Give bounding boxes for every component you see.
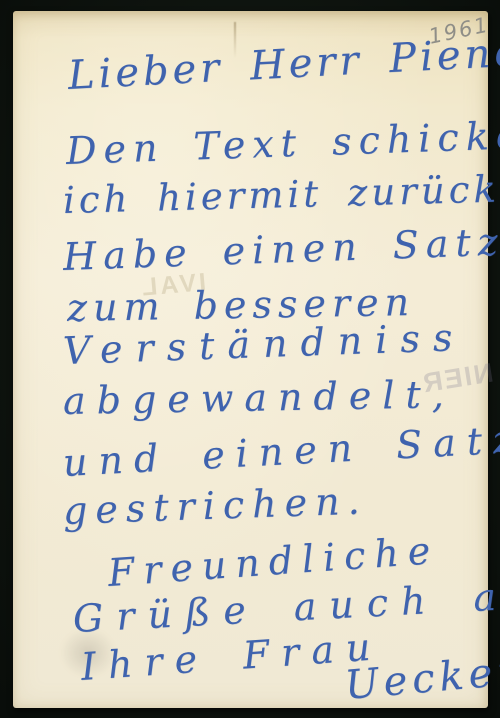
handwriting-line-salutation: Lieber Herr Piene, (67, 28, 500, 99)
handwriting-line: ich hiermit zurück. (62, 167, 500, 222)
scanned-letter-photo: IVAL NIER 1961 Lieber Herr Piene, Den Te… (0, 0, 500, 718)
handwriting-line: Habe einen Satz (62, 220, 500, 279)
handwriting-line: Den Text schicke (65, 113, 500, 173)
handwriting-line: abgewandelt, (63, 372, 455, 423)
handwriting-line: gestrichen. (62, 478, 368, 533)
letter-paper: IVAL NIER 1961 Lieber Herr Piene, Den Te… (13, 11, 488, 708)
handwriting-line: und einen Satz (62, 417, 500, 485)
